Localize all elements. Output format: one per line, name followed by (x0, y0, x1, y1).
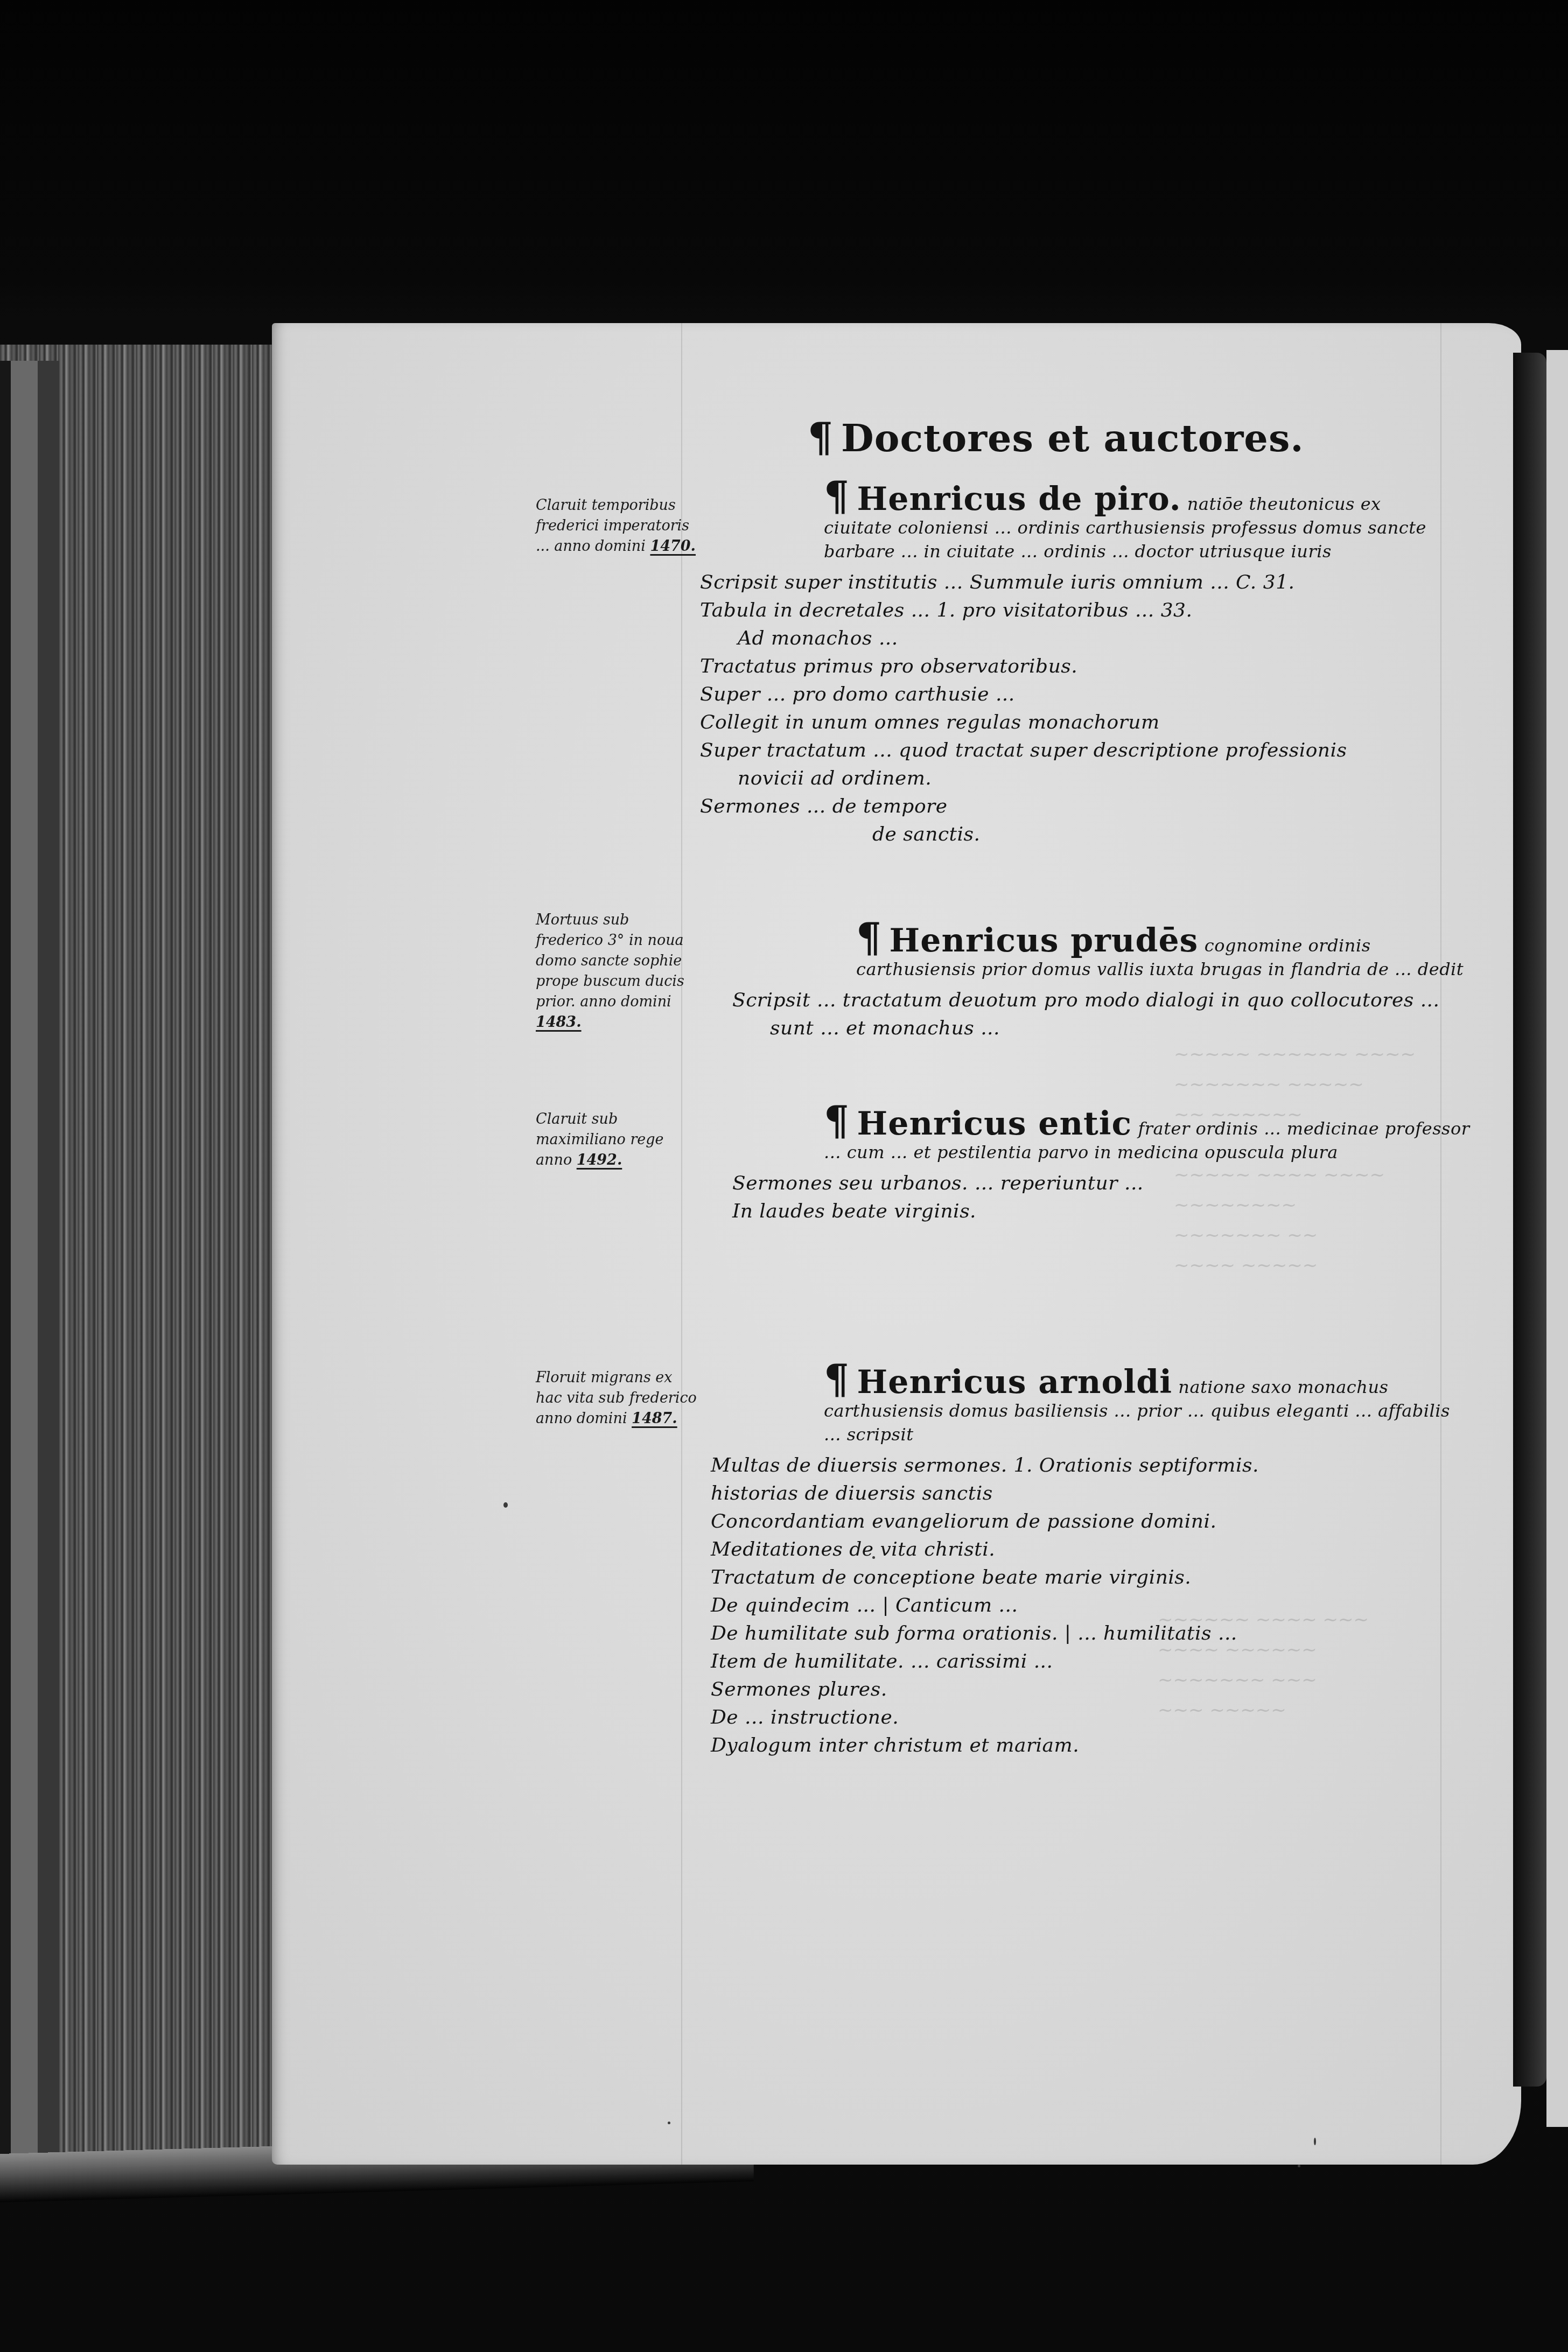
heading-text: Doctores et auctores. (841, 416, 1304, 460)
entry-header: ¶Henricus entic frater ordinis ... medic… (732, 1109, 1486, 1164)
catalogue-entry: ¶Henricus entic frater ordinis ... medic… (732, 1109, 1486, 1226)
work-item: Scripsit ... tractatum deuotum pro modo … (732, 986, 1486, 1014)
works-list: Scripsit ... tractatum deuotum pro modo … (732, 986, 1486, 1042)
work-item: Dyalogum inter christum et mariam. (711, 1732, 1465, 1760)
work-item: Sermones plures. (711, 1676, 1465, 1704)
marginal-note-text: Mortuus sub frederico 3° in noua domo sa… (536, 912, 684, 1010)
work-item: Tabula in decretales ... 1. pro visitato… (700, 597, 1454, 625)
next-leaf-edge (1546, 350, 1568, 2127)
marginal-note-year: 1487. (632, 1410, 677, 1427)
work-item: novicii ad ordinem. (700, 765, 1454, 793)
work-item: Tractatum de conceptione beate marie vir… (711, 1564, 1465, 1592)
author-name: Henricus entic (857, 1105, 1132, 1143)
marginal-note: Claruit temporibus frederici imperatoris… (536, 495, 697, 557)
works-list: Multas de diuersis sermones. 1. Orationi… (711, 1452, 1465, 1760)
work-item: Multas de diuersis sermones. 1. Orationi… (711, 1452, 1465, 1480)
work-item: In laudes beate virginis. (732, 1198, 1486, 1226)
work-item: Sermones seu urbanos. ... reperiuntur ..… (732, 1170, 1486, 1198)
author-name: Henricus arnoldi (857, 1363, 1172, 1401)
fold-line (681, 323, 682, 2165)
catalogue-entry: ¶Henricus arnoldi natione saxo monachus … (711, 1368, 1465, 1760)
marginal-note: Mortuus sub frederico 3° in noua domo sa… (536, 910, 697, 1033)
pilcrow-icon: ¶ (856, 915, 882, 961)
page-heading: ¶Doctores et auctores. (808, 415, 1304, 461)
pilcrow-icon: ¶ (824, 1098, 850, 1144)
work-item: Collegit in unum omnes regulas monachoru… (700, 709, 1454, 737)
work-item: Tractatus primus pro observatoribus. (700, 653, 1454, 681)
work-item: Scripsit super institutis ... Summule iu… (700, 569, 1454, 597)
work-item: De humilitate sub forma orationis. | ...… (711, 1620, 1465, 1648)
work-item: de sanctis. (700, 821, 1454, 849)
pilcrow-icon: ¶ (824, 473, 850, 520)
marginal-note: Floruit migrans ex hac vita sub frederic… (536, 1368, 697, 1429)
work-item: De ... instructione. (711, 1704, 1465, 1732)
works-list: Scripsit super institutis ... Summule iu… (700, 569, 1454, 849)
marginal-note: Claruit sub maximiliano rege anno 1492. (536, 1109, 697, 1171)
entry-header: ¶Henricus prudēs cognomine ordinis carth… (732, 926, 1486, 981)
catalogue-entry: ¶Henricus prudēs cognomine ordinis carth… (732, 926, 1486, 1042)
author-name: Henricus de piro. (857, 480, 1181, 518)
work-item: Ad monachos ... (700, 625, 1454, 653)
pilcrow-icon: ¶ (808, 415, 834, 461)
work-item: Concordantiam evangeliorum de passione d… (711, 1508, 1465, 1536)
entry-header: ¶Henricus arnoldi natione saxo monachus … (711, 1368, 1465, 1446)
gutter-shadow (1513, 353, 1546, 2087)
work-item: De quindecim ... | Canticum ... (711, 1592, 1465, 1620)
pilcrow-icon: ¶ (824, 1356, 850, 1403)
book-fore-edge (0, 345, 280, 2165)
work-item: sunt ... et monachus ... (732, 1014, 1486, 1042)
work-item: Super ... pro domo carthusie ... (700, 681, 1454, 709)
catalogue-entry: ¶Henricus de piro. natiōe theutonicus ex… (700, 485, 1454, 849)
work-item: Meditationes de vita christi. (711, 1536, 1465, 1564)
marginal-note-year: 1492. (577, 1152, 622, 1168)
work-item: historias de diuersis sanctis (711, 1480, 1465, 1508)
work-item: Super tractatum ... quod tractat super d… (700, 737, 1454, 765)
entry-header: ¶Henricus de piro. natiōe theutonicus ex… (700, 485, 1454, 563)
work-item: Sermones ... de tempore (700, 793, 1454, 821)
author-name: Henricus prudēs (890, 922, 1199, 960)
marginal-note-year: 1470. (650, 538, 696, 555)
work-item: Item de humilitate. ... carissimi ... (711, 1648, 1465, 1676)
marginal-note-year: 1483. (536, 1014, 582, 1031)
works-list: Sermones seu urbanos. ... reperiuntur ..… (732, 1170, 1486, 1226)
